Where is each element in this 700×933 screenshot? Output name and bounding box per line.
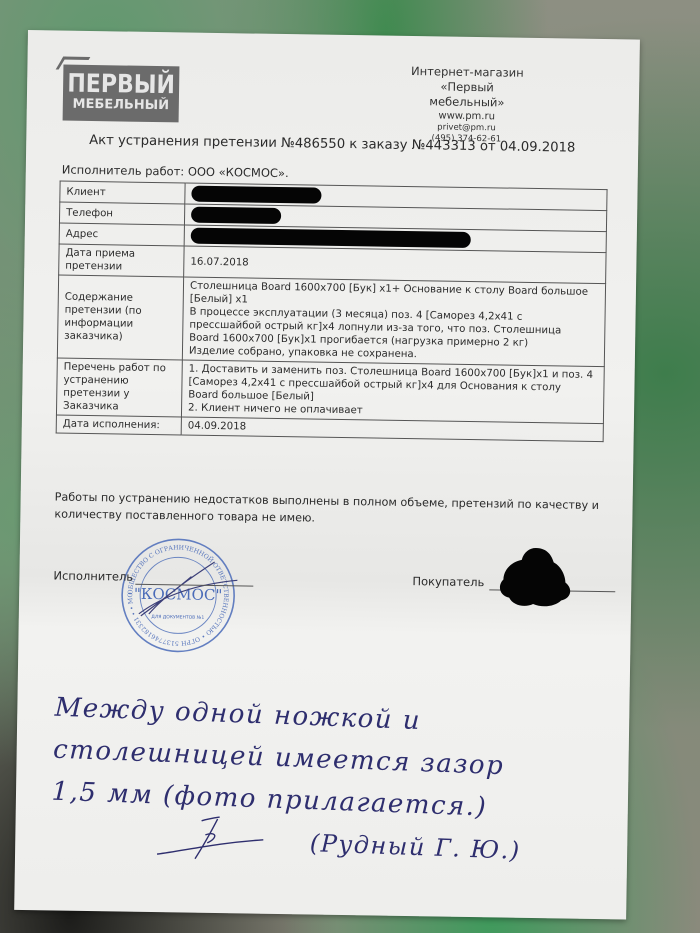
svg-text:ДЛЯ ДОКУМЕНТОВ №1: ДЛЯ ДОКУМЕНТОВ №1: [151, 614, 204, 621]
buyer-signature-redaction: [495, 545, 576, 608]
company-logo: ПЕРВЫЙ МЕБЕЛЬНЫЙ: [63, 65, 180, 123]
company-stamp-icon: ОБЩЕСТВО С ОГРАНИЧЕННОЙ ОТВЕТСТВЕННОСТЬЮ…: [118, 536, 238, 656]
redaction-bar: [191, 207, 281, 224]
claim-table: КлиентТелефонАдресДата приема претензии1…: [56, 181, 608, 443]
redaction-bar: [191, 228, 471, 248]
row-label: Телефон: [59, 202, 184, 225]
logo-roof-icon: [56, 57, 91, 70]
row-label: Дата исполнения:: [56, 415, 181, 435]
row-value: 1. Доставить и заменить поз. Столешница …: [181, 360, 604, 424]
handwritten-signature-icon: [155, 812, 266, 864]
table-row: Содержание претензии (по информации зака…: [57, 275, 605, 367]
executor-signature-label: Исполнитель: [53, 568, 133, 583]
handwritten-note: Между одной ножкой и столешницей имеется…: [49, 687, 615, 875]
row-label: Клиент: [60, 181, 185, 204]
logo-line-1: ПЕРВЫЙ: [67, 71, 175, 100]
row-label: Адрес: [59, 223, 184, 246]
claim-act-document: ПЕРВЫЙ МЕБЕЛЬНЫЙ Интернет-магазин «Первы…: [14, 30, 640, 920]
row-label: Дата приема претензии: [59, 244, 184, 277]
table-row: Перечень работ по устранению претензии у…: [56, 358, 604, 424]
acceptance-statement: Работы по устранению недостатков выполне…: [54, 488, 614, 531]
executor-line: Исполнитель работ: ООО «КОСМОС».: [62, 163, 289, 181]
row-label: Перечень работ по устранению претензии у…: [56, 358, 182, 417]
redaction-bar: [191, 186, 321, 204]
shop-contacts: Интернет-магазин «Первый мебельный» www.…: [386, 64, 547, 147]
row-value: Столешница Board 1600x700 [Бук] x1+ Осно…: [182, 277, 605, 367]
shop-name-line-1: Интернет-магазин «Первый: [387, 64, 547, 97]
row-label: Содержание претензии (по информации зака…: [57, 275, 183, 360]
buyer-signature-label: Покупатель: [412, 574, 484, 589]
act-title: Акт устранения претензии №486550 к заказ…: [26, 132, 638, 157]
